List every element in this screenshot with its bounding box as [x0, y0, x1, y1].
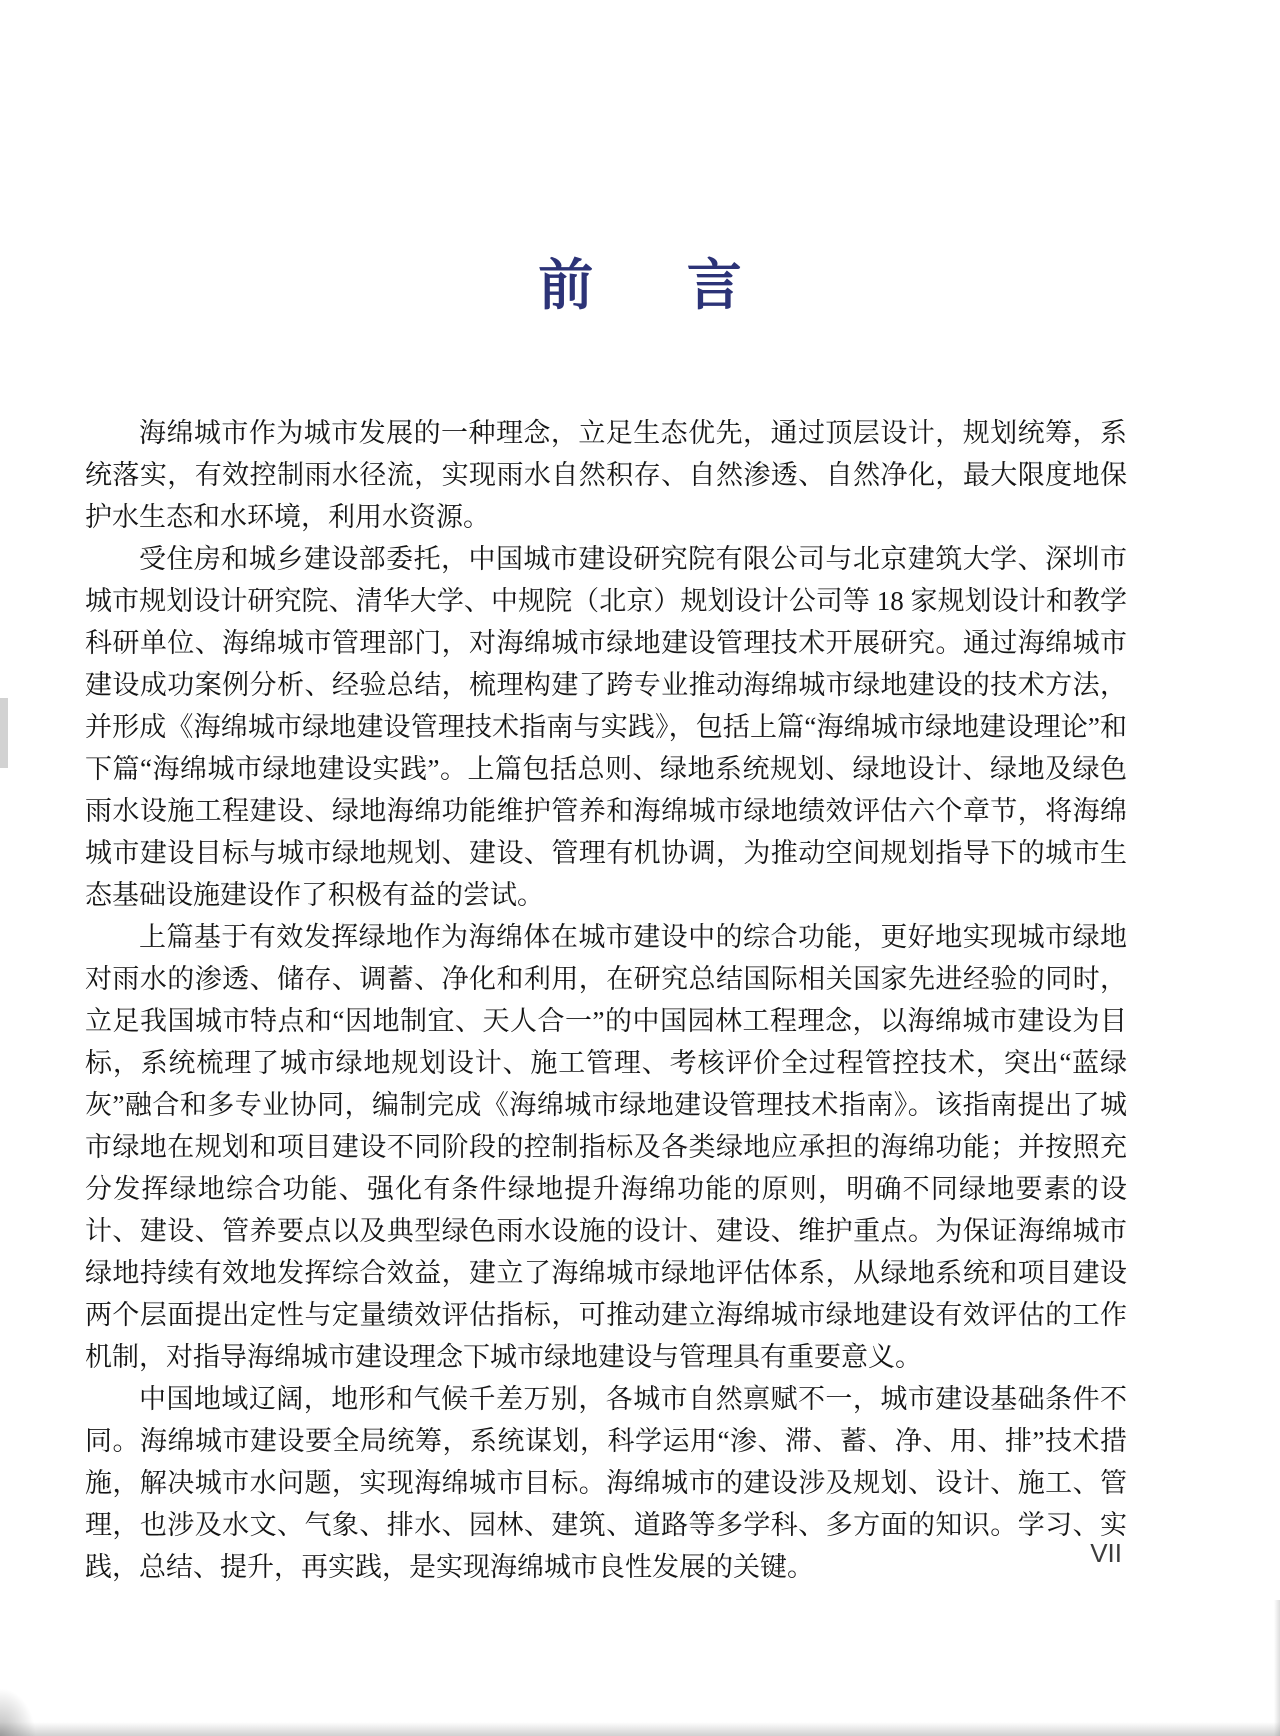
preface-body: 海绵城市作为城市发展的一种理念，立足生态优先，通过顶层设计，规划统筹，系统落实，…	[85, 412, 1127, 1588]
scan-artifact-bottom-left-corner	[0, 1688, 36, 1736]
paragraph: 中国地域辽阔，地形和气候千差万别，各城市自然禀赋不一，城市建设基础条件不同。海绵…	[85, 1378, 1127, 1588]
book-page: 前 言 海绵城市作为城市发展的一种理念，立足生态优先，通过顶层设计，规划统筹，系…	[0, 0, 1280, 1736]
scan-artifact-right-edge	[1274, 1600, 1280, 1736]
scan-artifact-bottom-edge	[0, 1722, 1280, 1736]
paragraph: 上篇基于有效发挥绿地作为海绵体在城市建设中的综合功能，更好地实现城市绿地对雨水的…	[85, 916, 1127, 1378]
page-number: VII	[1090, 1538, 1122, 1568]
paragraph: 受住房和城乡建设部委托，中国城市建设研究院有限公司与北京建筑大学、深圳市城市规划…	[85, 538, 1127, 916]
page-title: 前 言	[0, 253, 1280, 319]
scan-artifact-left-edge	[0, 698, 8, 768]
paragraph: 海绵城市作为城市发展的一种理念，立足生态优先，通过顶层设计，规划统筹，系统落实，…	[85, 412, 1127, 538]
